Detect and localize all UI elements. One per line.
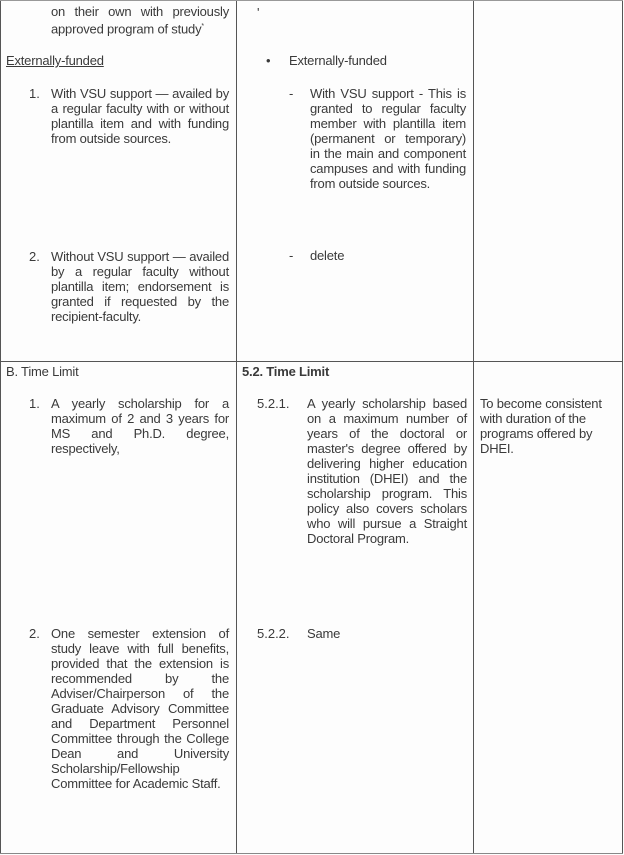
list-number: 2. (29, 249, 40, 264)
revised-item-with-vsu-support: With VSU support - This is granted to re… (310, 86, 466, 191)
list-number: 2. (29, 626, 40, 641)
externally-funded-heading: Externally-funded (6, 53, 104, 68)
footnote-mark: * (201, 23, 204, 30)
column-divider-1 (236, 0, 237, 854)
continuation-text: on their own with previously approved pr… (51, 4, 229, 36)
table-border-left (0, 0, 1, 854)
revised-item-delete: delete (310, 248, 344, 263)
rationale-consistency: To become consistent with duration of th… (480, 396, 620, 456)
time-limit-heading: B. Time Limit (6, 364, 79, 379)
continuation-text-body: on their own with previously approved pr… (51, 4, 229, 36)
externally-funded-heading-revised: Externally-funded (289, 53, 387, 68)
time-limit-heading-revised: 5.2. Time Limit (242, 364, 329, 379)
list-number: 1. (29, 86, 40, 101)
old-yearly-scholarship: A yearly scholarship for a maximum of 2 … (51, 396, 229, 456)
col2-stray-mark: ' (257, 5, 259, 20)
old-item-without-vsu-support: Without VSU support — availed by a regul… (51, 249, 229, 324)
old-item-with-vsu-support: With VSU support — availed by a regular … (51, 86, 229, 146)
document-page: on their own with previously approved pr… (0, 0, 624, 855)
old-semester-extension: One semester extension of study leave wi… (51, 626, 229, 791)
table-border-bottom (0, 853, 623, 854)
bullet-icon: • (266, 53, 270, 68)
section-number: 5.2.2. (257, 626, 290, 641)
revised-semester-extension: Same (307, 626, 340, 641)
dash-marker: - (289, 248, 293, 263)
table-border-top (0, 0, 623, 1)
table-border-right (622, 0, 623, 854)
dash-marker: - (289, 86, 293, 101)
list-number: 1. (29, 396, 40, 411)
row-divider-time-limit (0, 361, 623, 362)
section-number: 5.2.1. (257, 396, 290, 411)
revised-yearly-scholarship: A yearly scholarship based on a maximum … (307, 396, 467, 546)
column-divider-2 (473, 0, 474, 854)
